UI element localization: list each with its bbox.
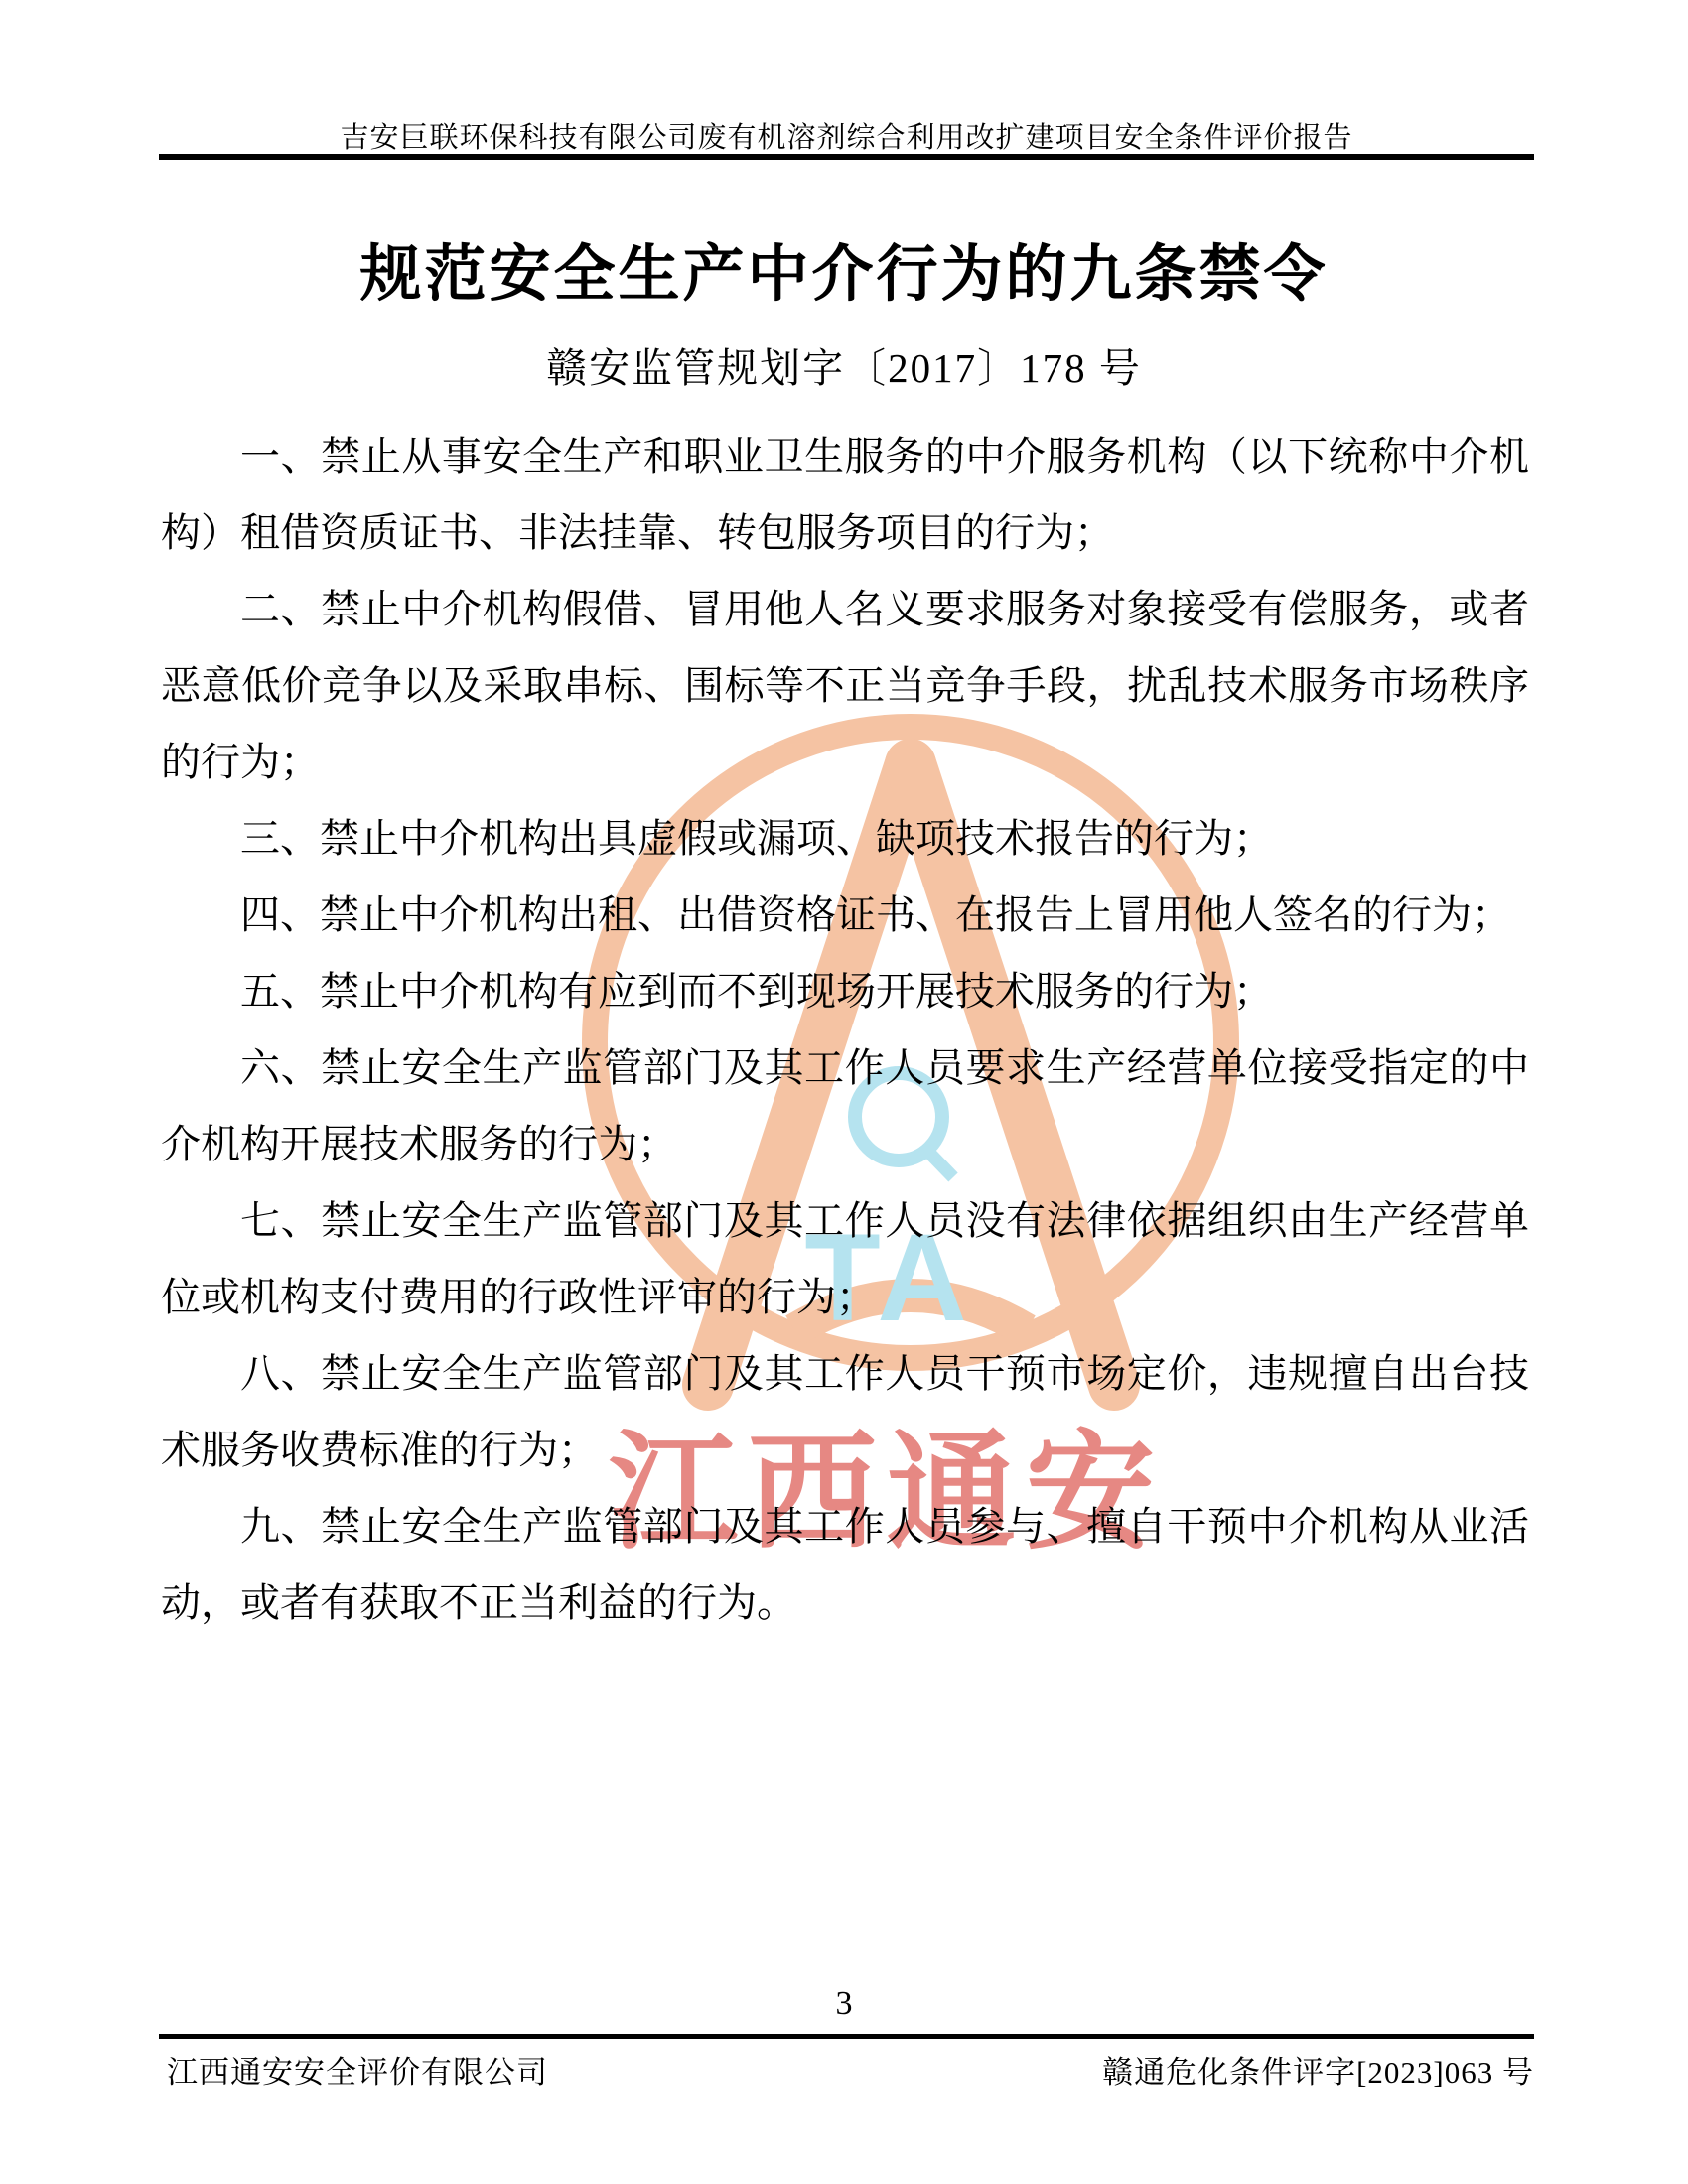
document-number: 赣安监管规划字〔2017〕178 号 [0, 336, 1688, 394]
paragraph-5: 五、禁止中介机构有应到而不到现场开展技术服务的行为； [161, 953, 1529, 1029]
document-title: 规范安全生产中介行为的九条禁令 [0, 224, 1688, 313]
paragraph-8: 八、禁止安全生产监管部门及其工作人员干预市场定价，违规擅自出台技术服务收费标准的… [161, 1335, 1529, 1488]
paragraph-9: 九、禁止安全生产监管部门及其工作人员参与、擅自干预中介机构从业活动，或者有获取不… [161, 1488, 1529, 1641]
header-rule [159, 154, 1534, 160]
paragraph-6: 六、禁止安全生产监管部门及其工作人员要求生产经营单位接受指定的中介机构开展技术服… [161, 1029, 1529, 1182]
footer-company: 江西通安安全评价有限公司 [167, 2047, 548, 2092]
page-number: 3 [0, 1985, 1688, 2023]
paragraph-7: 七、禁止安全生产监管部门及其工作人员没有法律依据组织由生产经营单位或机构支付费用… [161, 1182, 1529, 1335]
footer-rule [159, 2034, 1534, 2039]
footer-doc-code: 赣通危化条件评字[2023]063 号 [1102, 2047, 1534, 2092]
paragraph-4: 四、禁止中介机构出租、出借资格证书、在报告上冒用他人签名的行为； [161, 877, 1529, 953]
paragraph-3: 三、禁止中介机构出具虚假或漏项、缺项技术报告的行为； [161, 800, 1529, 877]
paragraph-1: 一、禁止从事安全生产和职业卫生服务的中介服务机构（以下统称中介机构）租借资质证书… [161, 418, 1529, 571]
paragraph-2: 二、禁止中介机构假借、冒用他人名义要求服务对象接受有偿服务，或者恶意低价竞争以及… [161, 571, 1529, 800]
document-body: 一、禁止从事安全生产和职业卫生服务的中介服务机构（以下统称中介机构）租借资质证书… [161, 418, 1529, 1641]
page-header-title: 吉安巨联环保科技有限公司废有机溶剂综合利用改扩建项目安全条件评价报告 [159, 115, 1534, 156]
document-page: TA 江西通安 吉安巨联环保科技有限公司废有机溶剂综合利用改扩建项目安全条件评价… [0, 0, 1688, 2184]
